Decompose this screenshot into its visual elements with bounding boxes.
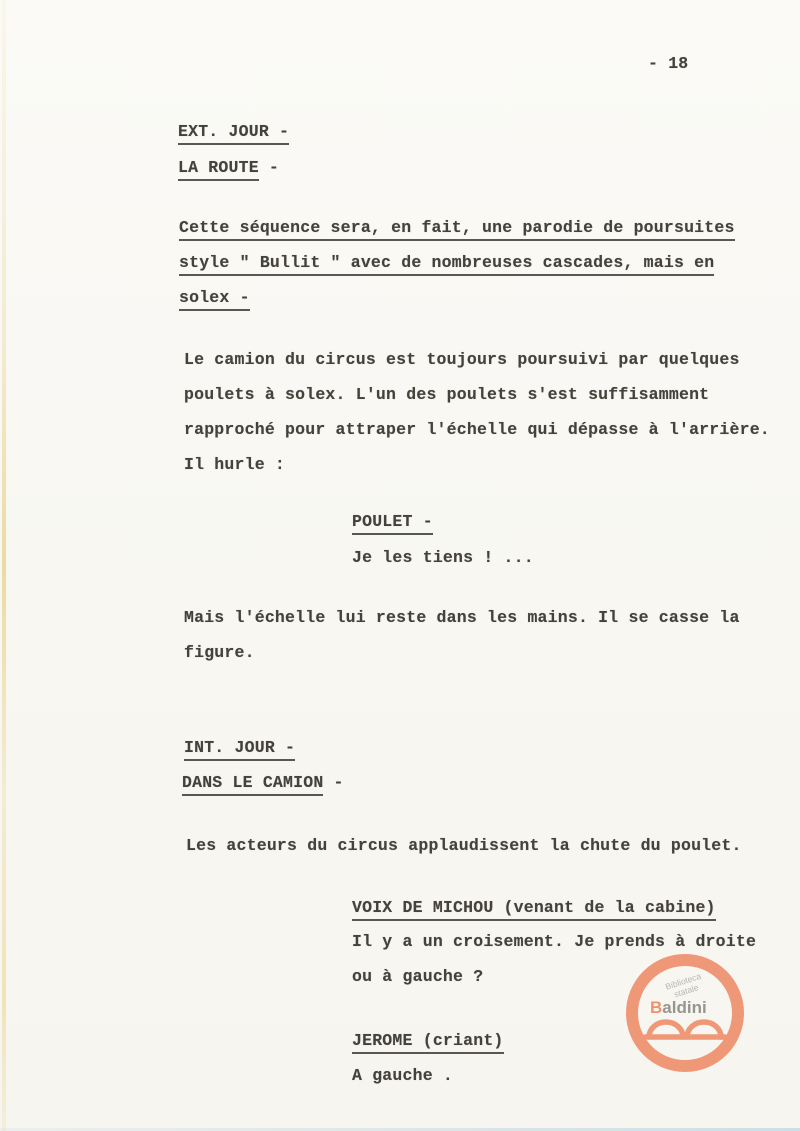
action-line: poulets à solex. L'un des poulets s'est … <box>184 385 709 405</box>
scene-heading-suffix: - <box>259 158 279 177</box>
note-line-text: solex - <box>179 288 250 311</box>
scene-heading-dans-le-camion: DANS LE CAMION - <box>182 773 344 796</box>
dialogue-cue-text: VOIX DE MICHOU (venant de la cabine) <box>352 898 716 921</box>
scene-heading-text: LA ROUTE <box>178 158 259 181</box>
note-line: Cette séquence sera, en fait, une parodi… <box>179 218 735 241</box>
action-line: Les acteurs du circus applaudissent la c… <box>186 836 742 856</box>
dialogue-line: Je les tiens ! ... <box>352 548 534 568</box>
dialogue-cue-text: POULET - <box>352 512 433 535</box>
scene-heading-ext-jour: EXT. JOUR - <box>178 122 289 145</box>
dialogue-line: A gauche . <box>352 1066 453 1086</box>
watermark-small-text: Biblioteca statale <box>664 971 705 1001</box>
scene-heading-text: EXT. JOUR - <box>178 122 289 145</box>
dialogue-cue-jerome: JEROME (criant) <box>352 1031 504 1054</box>
scanned-script-page: - 18 EXT. JOUR - LA ROUTE - Cette séquen… <box>0 0 800 1131</box>
action-line: rapproché pour attraper l'échelle qui dé… <box>184 420 770 440</box>
watermark-name: Baldini <box>650 998 707 1017</box>
dialogue-cue-voix-de-michou: VOIX DE MICHOU (venant de la cabine) <box>352 898 716 921</box>
dialogue-cue-text: JEROME (criant) <box>352 1031 504 1054</box>
watermark-name-initial: B <box>650 998 662 1017</box>
scene-heading-la-route: LA ROUTE - <box>178 158 279 181</box>
note-line: style " Bullit " avec de nombreuses casc… <box>179 253 714 276</box>
scene-heading-text: DANS LE CAMION <box>182 773 323 796</box>
dialogue-line: ou à gauche ? <box>352 967 483 987</box>
page-number: - 18 <box>648 54 688 74</box>
action-line: Il hurle : <box>184 455 285 475</box>
note-line-text: style " Bullit " avec de nombreuses casc… <box>179 253 714 276</box>
action-line: figure. <box>184 643 255 663</box>
scene-heading-suffix: - <box>323 773 343 792</box>
action-line: Mais l'échelle lui reste dans les mains.… <box>184 608 740 628</box>
open-book-icon <box>645 1022 725 1037</box>
note-line: solex - <box>179 288 250 311</box>
scene-heading-int-jour: INT. JOUR - <box>184 738 295 761</box>
action-line: Le camion du circus est toujours poursui… <box>184 350 740 370</box>
note-line-text: Cette séquence sera, en fait, une parodi… <box>179 218 735 241</box>
scan-edge-left <box>2 0 6 1131</box>
dialogue-cue-poulet: POULET - <box>352 512 433 535</box>
watermark-name-rest: aldini <box>662 998 706 1017</box>
dialogue-line: Il y a un croisement. Je prends à droite <box>352 932 756 952</box>
scene-heading-text: INT. JOUR - <box>184 738 295 761</box>
watermark-logo: Biblioteca statale Baldini <box>623 953 749 1079</box>
